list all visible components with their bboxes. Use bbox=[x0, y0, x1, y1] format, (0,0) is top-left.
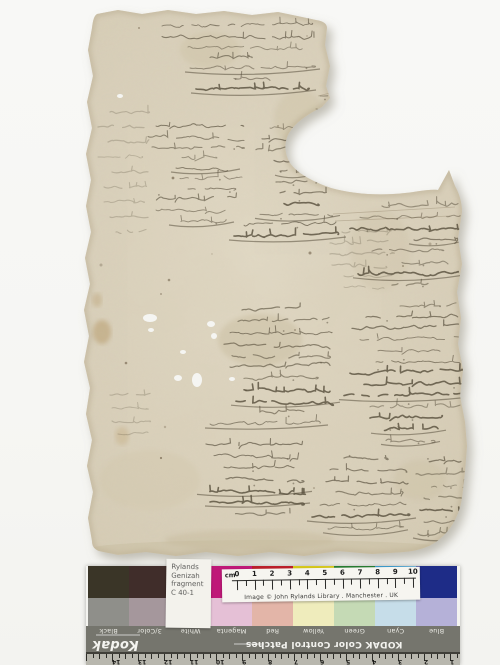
cm-number: 10 bbox=[408, 568, 418, 576]
patch-name-label: Magenta bbox=[211, 626, 252, 635]
diacritic-dot bbox=[292, 379, 294, 381]
speck bbox=[306, 35, 308, 37]
cm-number: 7 bbox=[358, 568, 363, 576]
diacritic-dot bbox=[215, 223, 217, 225]
diacritic-dot bbox=[299, 200, 301, 202]
cm-number: 8 bbox=[375, 568, 380, 576]
ruler-tick bbox=[223, 654, 224, 658]
patch-name-label: Green bbox=[334, 626, 375, 635]
cm-tick-minor bbox=[351, 579, 352, 585]
patch-name-label: Yellow bbox=[293, 626, 334, 635]
shelfmark-label-card: RylandsGenizahfragmentC 40-1 bbox=[166, 559, 212, 629]
diacritic-dot bbox=[320, 362, 322, 364]
diacritic-dot bbox=[158, 194, 160, 196]
color-patch-black bbox=[88, 566, 129, 626]
diacritic-dot bbox=[219, 179, 221, 181]
speck bbox=[160, 457, 162, 459]
cm-tick-major bbox=[360, 578, 361, 588]
ruler-number: 11 bbox=[190, 658, 198, 665]
cm-number: 1 bbox=[252, 570, 257, 578]
speck bbox=[172, 177, 175, 180]
diacritic-dot bbox=[353, 509, 355, 511]
diacritic-dot bbox=[235, 78, 237, 80]
ruler-tick bbox=[359, 654, 360, 659]
speck bbox=[138, 27, 140, 29]
diacritic-dot bbox=[229, 191, 231, 193]
ruler-number: 14 bbox=[112, 658, 120, 665]
ruler-tick bbox=[314, 654, 315, 658]
ruler-tick bbox=[99, 654, 100, 659]
ruler-tick bbox=[457, 654, 458, 658]
speck bbox=[277, 125, 279, 127]
paper-hole bbox=[174, 375, 182, 381]
ruler-tick bbox=[288, 654, 289, 658]
ruler-number: 2 bbox=[424, 658, 428, 665]
cm-ruler-card: cm Image © John Rylands Library . Manche… bbox=[222, 567, 420, 603]
handwriting-line bbox=[322, 120, 334, 122]
patch-tint bbox=[293, 598, 334, 626]
speck bbox=[100, 264, 103, 267]
diacritic-dot bbox=[445, 516, 447, 518]
patch-tint bbox=[88, 598, 129, 626]
diacritic-dot bbox=[408, 403, 410, 405]
ruler-number: 13 bbox=[138, 658, 146, 665]
patch-tint bbox=[129, 598, 170, 626]
bottom-edge-shading bbox=[90, 540, 450, 558]
shelfmark-line: C 40-1 bbox=[171, 588, 211, 597]
cm-tick-major bbox=[237, 580, 238, 590]
diacritic-dot bbox=[296, 227, 298, 229]
paper-hole bbox=[192, 373, 202, 387]
cm-number: 4 bbox=[305, 569, 310, 577]
ruler-tick bbox=[262, 654, 263, 658]
diacritic-dot bbox=[233, 148, 235, 150]
ruler-tick bbox=[249, 654, 250, 658]
speck bbox=[160, 293, 162, 295]
diacritic-dot bbox=[248, 55, 250, 57]
ruler-tick bbox=[366, 654, 367, 658]
patch-tint bbox=[334, 598, 375, 626]
patch-saturated bbox=[129, 566, 170, 598]
diacritic-dot bbox=[252, 470, 254, 472]
ruler-tick bbox=[353, 654, 354, 658]
ruler-tick bbox=[171, 654, 172, 658]
ruler-tick bbox=[255, 654, 256, 659]
ruler-tick bbox=[431, 654, 432, 658]
cm-tick-major bbox=[325, 579, 326, 589]
diacritic-dot bbox=[324, 99, 326, 101]
cm-tick-major bbox=[413, 578, 414, 588]
diacritic-dot bbox=[451, 506, 453, 508]
patch-tint bbox=[416, 598, 457, 626]
diacritic-dot bbox=[349, 455, 351, 457]
cm-tick-minor bbox=[387, 578, 388, 584]
stain bbox=[115, 427, 129, 445]
diacritic-dot bbox=[386, 320, 388, 322]
cm-tick-major bbox=[272, 580, 273, 590]
patch-tint bbox=[252, 598, 293, 626]
speck bbox=[313, 487, 315, 489]
ruler-tick bbox=[125, 654, 126, 659]
cm-number: 3 bbox=[287, 569, 292, 577]
ruler-tick bbox=[145, 654, 146, 658]
paper-hole bbox=[180, 350, 186, 354]
ruler-number: 7 bbox=[294, 658, 298, 665]
cm-tick-minor bbox=[404, 578, 405, 584]
paper-hole bbox=[143, 314, 157, 322]
cm-tick-major bbox=[378, 578, 379, 588]
ruler-tick bbox=[184, 654, 185, 658]
ruler-number: 4 bbox=[372, 658, 376, 665]
shelfmark-line: Rylands bbox=[171, 563, 211, 572]
ruler-tick bbox=[392, 654, 393, 658]
stain bbox=[92, 293, 102, 307]
patch-name-label: Cyan bbox=[375, 626, 416, 635]
cm-tick-minor bbox=[263, 580, 264, 586]
ruler-number: 10 bbox=[216, 658, 224, 665]
ruler-tick bbox=[385, 654, 386, 659]
cm-tick-major bbox=[395, 578, 396, 588]
speck bbox=[309, 252, 312, 255]
cm-tick-major bbox=[343, 579, 344, 589]
speck bbox=[429, 243, 432, 246]
diacritic-dot bbox=[386, 254, 388, 256]
ruler-tick bbox=[210, 654, 211, 658]
stain bbox=[180, 32, 240, 68]
cm-number: 5 bbox=[322, 569, 327, 577]
diacritic-dot bbox=[453, 387, 455, 389]
paper-hole bbox=[229, 377, 235, 381]
ruler-tick bbox=[86, 654, 87, 661]
ruler-tick bbox=[203, 654, 204, 659]
speck bbox=[168, 279, 171, 282]
ruler-number: 5 bbox=[346, 658, 350, 665]
diacritic-dot bbox=[435, 243, 437, 245]
cm-tick-minor bbox=[246, 580, 247, 586]
patch-name-label: Blue bbox=[416, 626, 457, 635]
speck bbox=[211, 253, 212, 254]
cm-tick-major bbox=[307, 579, 308, 589]
diacritic-dot bbox=[283, 330, 285, 332]
ruler-tick bbox=[119, 654, 120, 658]
ruler-number: 9 bbox=[242, 658, 246, 665]
kodak-gray-bar: Black3/ColorWhiteMagentaRedYellowGreenCy… bbox=[86, 626, 460, 652]
patch-name-labels: Black3/ColorWhiteMagentaRedYellowGreenCy… bbox=[88, 626, 457, 635]
cm-number: 0 bbox=[234, 570, 239, 578]
stain bbox=[93, 320, 111, 344]
diacritic-dot bbox=[427, 458, 429, 460]
ruler-tick bbox=[229, 654, 230, 659]
diacritic-dot bbox=[378, 273, 380, 275]
cm-number: 2 bbox=[270, 570, 275, 578]
diacritic-dot bbox=[377, 369, 379, 371]
cm-tick-major bbox=[255, 580, 256, 590]
diacritic-dot bbox=[450, 487, 452, 489]
ruler-tick bbox=[281, 654, 282, 659]
ruler-tick bbox=[405, 654, 406, 658]
ruler-number: 12 bbox=[164, 658, 172, 665]
diacritic-dot bbox=[280, 218, 282, 220]
speck bbox=[294, 329, 296, 331]
diacritic-dot bbox=[326, 322, 328, 324]
ruler-tick bbox=[379, 654, 380, 658]
diacritic-dot bbox=[428, 533, 430, 535]
cm-tick-minor bbox=[299, 579, 300, 585]
ruler-tick bbox=[151, 654, 152, 659]
diacritic-dot bbox=[287, 458, 289, 460]
diacritic-dot bbox=[280, 171, 282, 173]
diacritic-dot bbox=[245, 390, 247, 392]
ruler-number: 3 bbox=[398, 658, 402, 665]
cm-tick-minor bbox=[369, 578, 370, 584]
paper-hole bbox=[211, 333, 217, 339]
diacritic-dot bbox=[293, 483, 295, 485]
ruler-tick bbox=[437, 654, 438, 659]
diacritic-dot bbox=[423, 265, 425, 267]
cm-tick-minor bbox=[281, 580, 282, 586]
patch-name-label: Red bbox=[252, 626, 293, 635]
paper-hole bbox=[148, 328, 154, 332]
patch-saturated bbox=[416, 566, 457, 598]
ruler-tick bbox=[132, 654, 133, 658]
photo-canvas: Black3/ColorWhiteMagentaRedYellowGreenCy… bbox=[0, 0, 500, 665]
stain bbox=[100, 450, 200, 510]
ruler-tick bbox=[411, 654, 412, 659]
cm-tick-minor bbox=[316, 579, 317, 585]
diacritic-dot bbox=[439, 305, 441, 307]
cm-tick-major bbox=[290, 579, 291, 589]
diacritic-dot bbox=[418, 443, 420, 445]
cm-tick-minor bbox=[334, 579, 335, 585]
ruler-tick bbox=[327, 654, 328, 658]
ruler-tick bbox=[177, 654, 178, 659]
diacritic-dot bbox=[288, 416, 290, 418]
paper-hole bbox=[207, 321, 215, 327]
diacritic-dot bbox=[389, 429, 391, 431]
diacritic-dot bbox=[313, 164, 315, 166]
speck bbox=[125, 362, 128, 365]
fine-print bbox=[96, 634, 140, 636]
speck bbox=[402, 265, 404, 267]
diacritic-dot bbox=[396, 218, 398, 220]
ruler-number: 8 bbox=[268, 658, 272, 665]
kodak-brand-text: Kodak bbox=[92, 637, 139, 652]
ruler-tick bbox=[333, 654, 334, 659]
ruler-tick bbox=[307, 654, 308, 659]
color-patch-3color bbox=[129, 566, 170, 626]
cm-number: 6 bbox=[340, 569, 345, 577]
ruler-tick bbox=[275, 654, 276, 658]
ruler-tick bbox=[340, 654, 341, 658]
paper-hole bbox=[117, 94, 123, 98]
ruler-tick bbox=[301, 654, 302, 658]
diacritic-dot bbox=[263, 236, 265, 238]
color-patch-blue bbox=[416, 566, 457, 626]
cm-number: 9 bbox=[393, 568, 398, 576]
strip-ruler: 1234567891011121314 bbox=[86, 652, 460, 665]
ruler-number: 1 bbox=[450, 658, 454, 665]
ruler-number: 6 bbox=[320, 658, 324, 665]
diacritic-dot bbox=[403, 359, 405, 361]
ruler-tick bbox=[197, 654, 198, 658]
kodak-strip-title: KODAK Color Control Patches bbox=[246, 639, 403, 649]
diacritic-dot bbox=[293, 184, 295, 186]
diacritic-dot bbox=[241, 502, 243, 504]
ruler-tick bbox=[236, 654, 237, 658]
ruler-tick bbox=[418, 654, 419, 658]
diacritic-dot bbox=[306, 67, 308, 69]
ruler-tick bbox=[93, 654, 94, 658]
ruler-tick bbox=[106, 654, 107, 658]
shelfmark-line: fragment bbox=[171, 580, 211, 589]
patch-saturated bbox=[88, 566, 129, 598]
speck bbox=[164, 426, 166, 428]
patch-tint bbox=[375, 598, 416, 626]
copyright-credit: Image © John Rylands Library . Mancheste… bbox=[222, 592, 420, 602]
diacritic-dot bbox=[253, 485, 255, 487]
ruler-tick bbox=[444, 654, 445, 658]
diacritic-dot bbox=[412, 419, 414, 421]
diacritic-dot bbox=[322, 117, 324, 119]
ruler-tick bbox=[158, 654, 159, 658]
diacritic-dot bbox=[422, 286, 424, 288]
